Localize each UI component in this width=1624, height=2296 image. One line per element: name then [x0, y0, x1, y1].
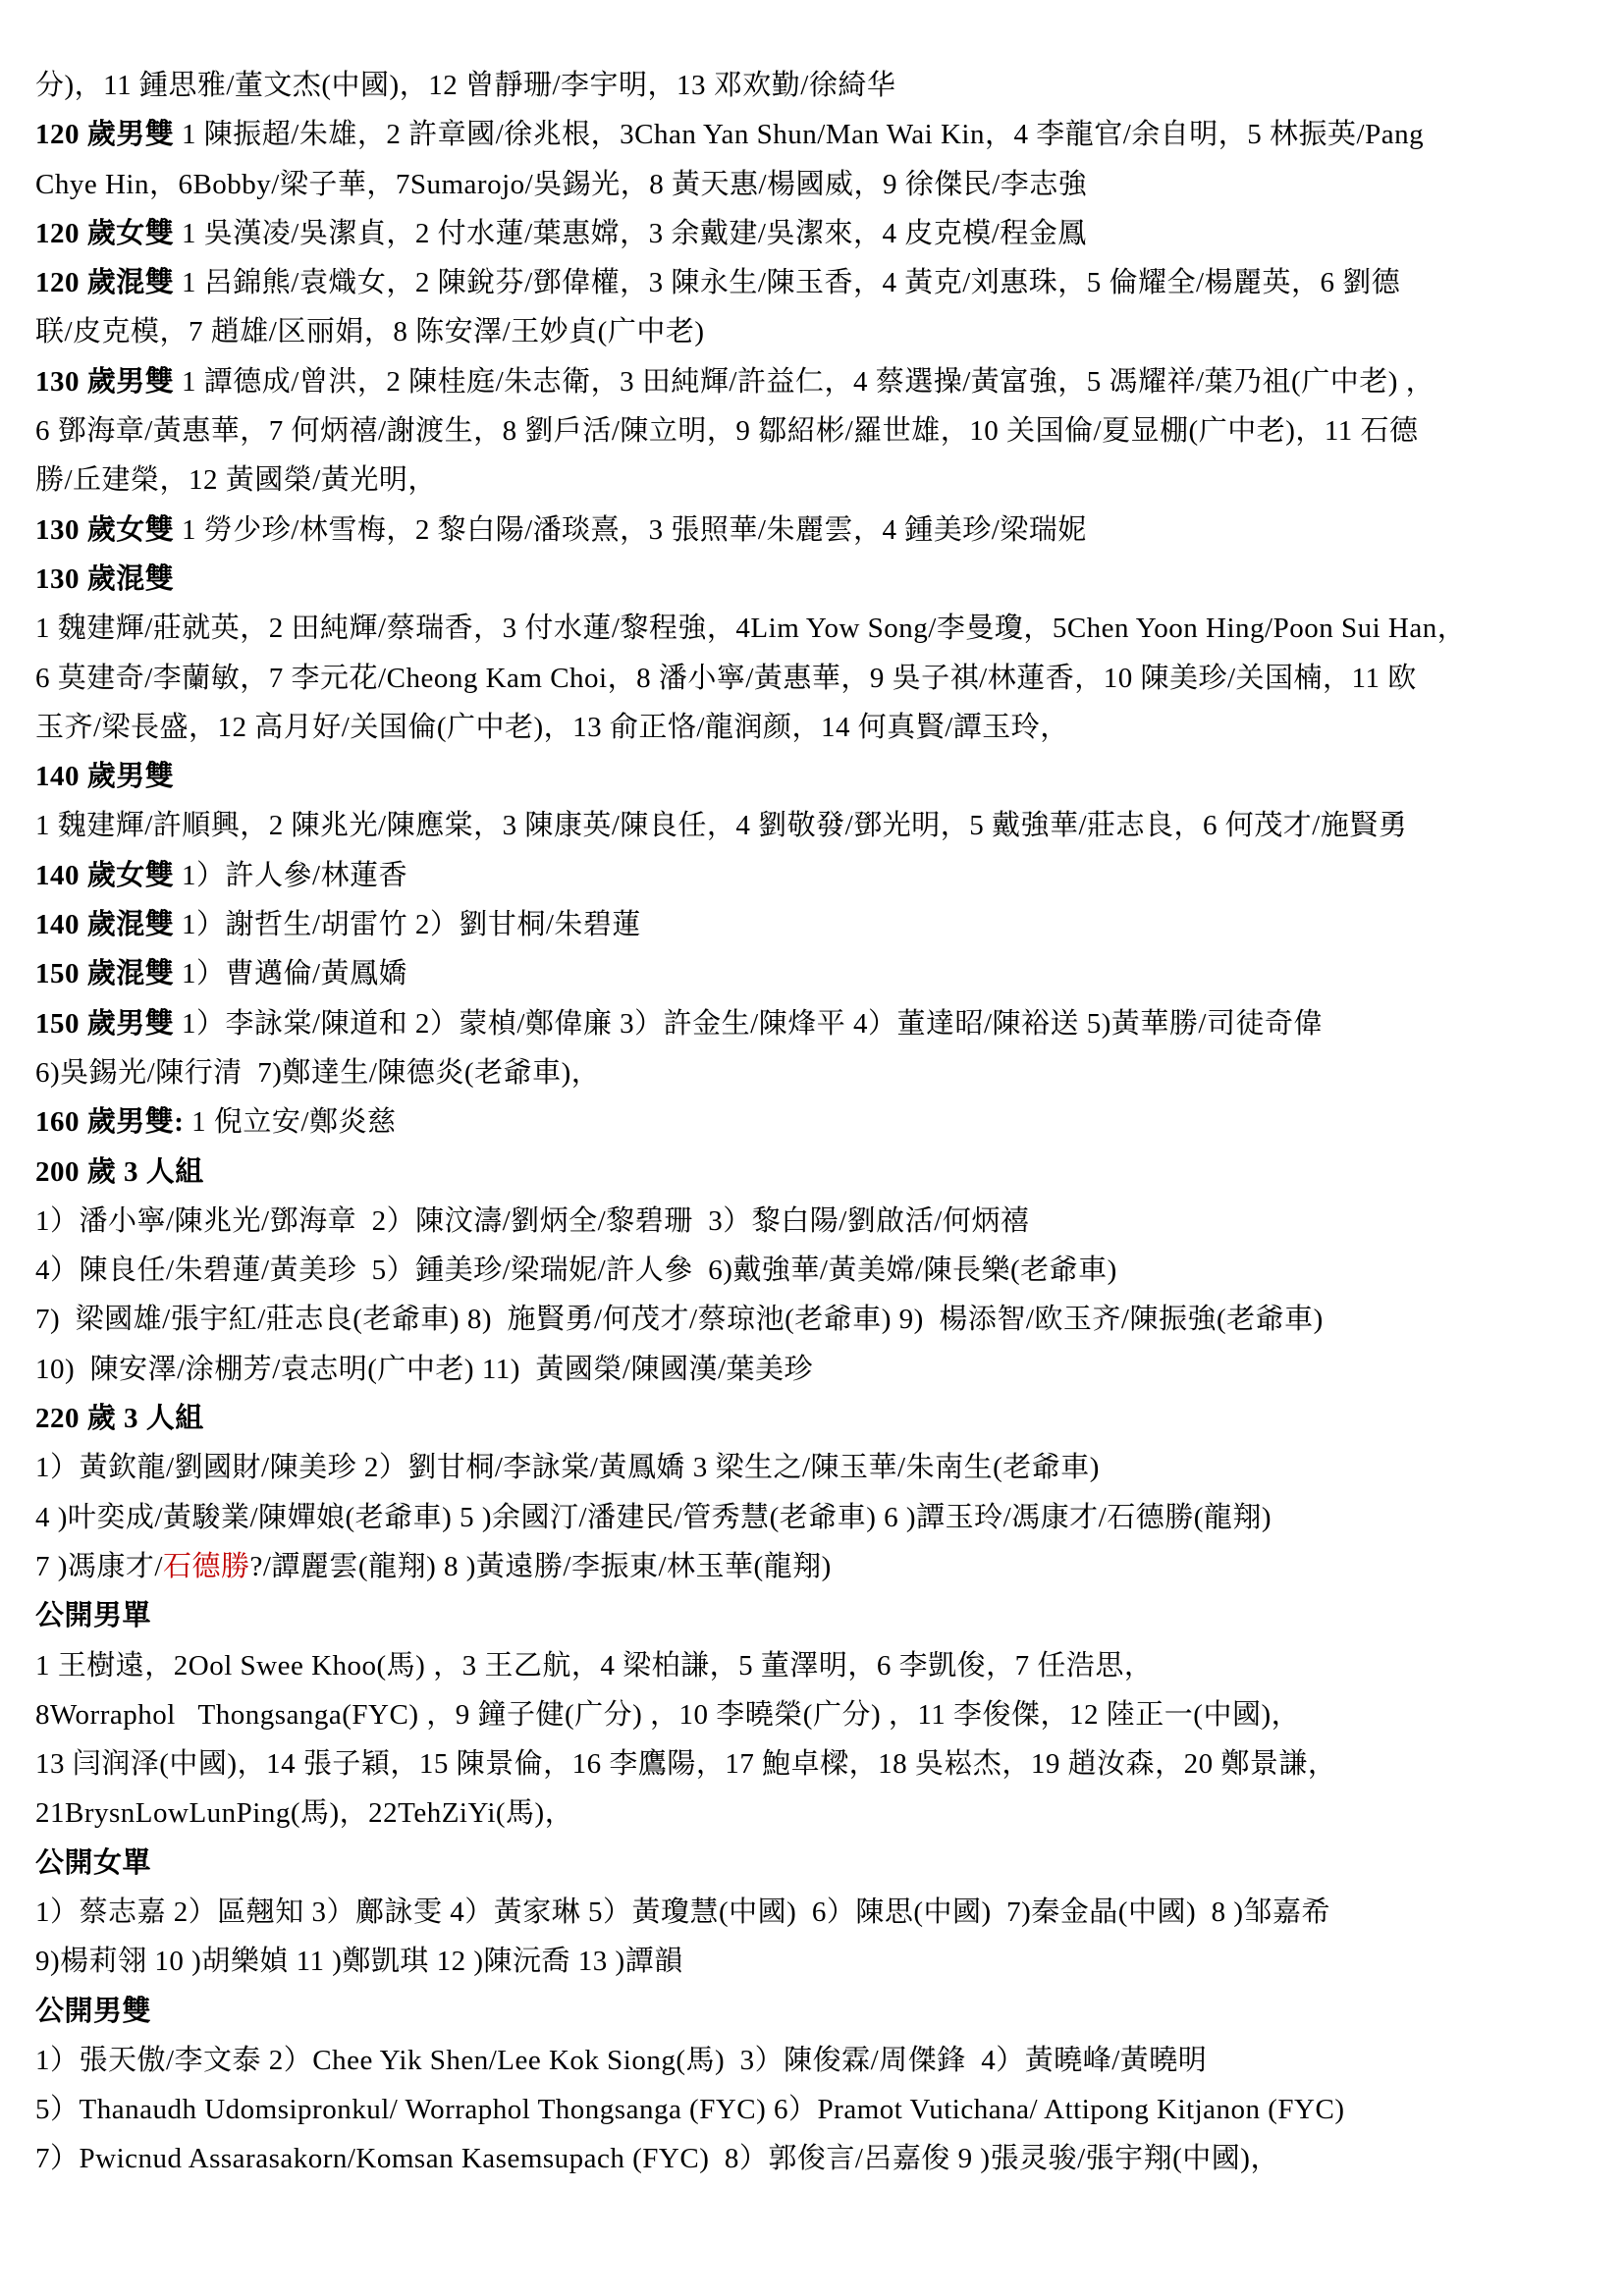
text-segment: 1 吳漢凌/吳潔貞，2 付水蓮/葉惠嫦，3 余戴建/吳潔來，4 皮克模/程金鳳 [174, 218, 1086, 249]
category-heading: 120 歲女雙 [35, 218, 174, 249]
text-segment: 7）Pwicnud Assarasakorn/Komsan Kasemsupac… [35, 2143, 1279, 2174]
text-line: 玉齐/梁長盛，12 高月好/关国倫(广中老)，13 俞正恪/龍润颜，14 何真賢… [35, 703, 1597, 752]
text-segment: ?/譚麗雲(龍翔) 8 )黃遠勝/李振東/林玉華(龍翔) [249, 1551, 831, 1582]
text-line: 勝/丘建榮，12 黃國榮/黃光明， [35, 455, 1597, 505]
text-segment: 玉齐/梁長盛，12 高月好/关国倫(广中老)，13 俞正恪/龍润颜，14 何真賢… [35, 712, 1069, 743]
text-segment: 7) 梁國雄/張宇紅/莊志良(老爺車) 8) 施賢勇/何茂才/蔡琼池(老爺車) … [35, 1304, 1324, 1335]
text-line: 160 歲男雙: 1 倪立安/鄭炎慈 [35, 1097, 1597, 1147]
text-line: 1）蔡志嘉 2）區翹知 3）鄺詠雯 4）黃家琳 5）黃瓊慧(中國) 6）陳思(中… [35, 1888, 1597, 1937]
text-segment: 4）陳良任/朱碧蓮/黃美珍 5）鍾美珍/梁瑞妮/許人參 6)戴強華/黃美嫦/陳長… [35, 1255, 1117, 1286]
category-heading: 公開女單 [35, 1847, 151, 1879]
text-segment: 1）蔡志嘉 2）區翹知 3）鄺詠雯 4）黃家琳 5）黃瓊慧(中國) 6）陳思(中… [35, 1896, 1330, 1928]
category-heading: 220 歲 3 人組 [35, 1403, 204, 1434]
text-line: 1）黃欽龍/劉國財/陳美珍 2）劉甘桐/李詠棠/黃鳳嬌 3 梁生之/陳玉華/朱南… [35, 1443, 1597, 1492]
text-line: 1 魏建輝/莊就英，2 田純輝/蔡瑞香，3 付水蓮/黎程強，4Lim Yow S… [35, 604, 1597, 653]
text-line: 5）Thanaudh Udomsipronkul/ Worraphol Thon… [35, 2085, 1597, 2134]
category-heading: 140 歲男雙 [35, 761, 174, 792]
text-line: 4 )叶奕成/黃駿業/陳嬋娘(老爺車) 5 )余國汀/潘建民/管秀慧(老爺車) … [35, 1493, 1597, 1542]
category-heading: 130 歲女雙 [35, 514, 174, 546]
category-heading: 140 歲混雙 [35, 909, 174, 940]
text-line: 13 闫润泽(中國)，14 張子穎，15 陳景倫，16 李鷹陽，17 鮑卓樑，1… [35, 1739, 1597, 1789]
text-segment: 6 鄧海章/黃惠華，7 何炳禧/謝渡生，8 劉戶活/陳立明，9 鄒紹彬/羅世雄，… [35, 415, 1419, 447]
text-line: 9)楊莉翎 10 )胡樂媜 11 )鄭凱琪 12 )陳沅喬 13 )譚韻 [35, 1937, 1597, 1986]
category-heading: 公開男雙 [35, 1996, 151, 2027]
category-heading: 130 歲混雙 [35, 563, 174, 595]
text-line: 140 歲混雙 1）謝哲生/胡雷竹 2）劉甘桐/朱碧蓮 [35, 900, 1597, 949]
text-segment: 7 )馮康才/ [35, 1551, 163, 1582]
text-line: 120 歲混雙 1 呂錦熊/袁熾女，2 陳銳芬/鄧偉權，3 陳永生/陳玉香，4 … [35, 258, 1597, 307]
text-segment: 1）黃欽龍/劉國財/陳美珍 2）劉甘桐/李詠棠/黃鳳嬌 3 梁生之/陳玉華/朱南… [35, 1452, 1100, 1483]
text-line: 1 魏建輝/許順興，2 陳兆光/陳應棠，3 陳康英/陳良任，4 劉敬發/鄧光明，… [35, 801, 1597, 850]
text-line: 1 王樹遠，2Ool Swee Khoo(馬) ，3 王乙航，4 梁柏謙，5 董… [35, 1641, 1597, 1690]
text-segment: 21BrysnLowLunPing(馬)，22TehZiYi(馬)， [35, 1797, 573, 1829]
text-line: 120 歲男雙 1 陳振超/朱雄，2 許章國/徐兆根，3Chan Yan Shu… [35, 110, 1597, 159]
text-segment: 1 倪立安/鄭炎慈 [184, 1106, 396, 1138]
text-segment: 分)，11 鍾思雅/董文杰(中國)，12 曾靜珊/李宇明，13 邓欢勤/徐綺华 [35, 70, 895, 101]
text-segment: 8Worraphol Thongsanga(FYC) ，9 鐘子健(广分) ，1… [35, 1699, 1300, 1731]
text-line: 140 歲女雙 1）許人參/林蓮香 [35, 851, 1597, 900]
text-segment: 1）張天傲/李文泰 2）Chee Yik Shen/Lee Kok Siong(… [35, 2045, 1207, 2076]
text-segment: 5）Thanaudh Udomsipronkul/ Worraphol Thon… [35, 2094, 1345, 2125]
text-segment: 1 譚德成/曾洪，2 陳桂庭/朱志衛，3 田純輝/許益仁，4 蔡選操/黃富強，5… [174, 366, 1435, 398]
text-segment: 1）謝哲生/胡雷竹 2）劉甘桐/朱碧蓮 [174, 909, 641, 940]
text-line: 6 莫建奇/李蘭敏，7 李元花/Cheong Kam Choi，8 潘小寧/黃惠… [35, 654, 1597, 703]
text-segment: 1 魏建輝/許順興，2 陳兆光/陳應棠，3 陳康英/陳良任，4 劉敬發/鄧光明，… [35, 810, 1407, 841]
text-line: 7）Pwicnud Assarasakorn/Komsan Kasemsupac… [35, 2134, 1597, 2183]
text-segment: 1 勞少珍/林雪梅，2 黎白陽/潘琰熹，3 張照華/朱麗雲，4 鍾美珍/梁瑞妮 [174, 514, 1086, 546]
category-heading: 150 歲男雙 [35, 1008, 174, 1040]
category-heading: 160 歲男雙: [35, 1106, 184, 1138]
document-body: 分)，11 鍾思雅/董文杰(中國)，12 曾靜珊/李宇明，13 邓欢勤/徐綺华1… [35, 61, 1597, 2184]
text-segment: 1）曹邁倫/黃鳳嬌 [174, 958, 407, 989]
text-line: 8Worraphol Thongsanga(FYC) ，9 鐘子健(广分) ，1… [35, 1690, 1597, 1739]
category-heading: 140 歲女雙 [35, 860, 174, 891]
document-page: 分)，11 鍾思雅/董文杰(中國)，12 曾靜珊/李宇明，13 邓欢勤/徐綺华1… [0, 0, 1624, 2296]
text-segment: 1 呂錦熊/袁熾女，2 陳銳芬/鄧偉權，3 陳永生/陳玉香，4 黃克/刘惠珠，5… [174, 267, 1400, 298]
text-line: 6 鄧海章/黃惠華，7 何炳禧/謝渡生，8 劉戶活/陳立明，9 鄒紹彬/羅世雄，… [35, 406, 1597, 455]
text-line: 公開男單 [35, 1591, 1597, 1640]
category-heading: 200 歲 3 人組 [35, 1156, 204, 1188]
text-line: 联/皮克模，7 趙雄/区丽娟，8 陈安澤/王妙貞(广中老) [35, 307, 1597, 356]
highlighted-name: 石德勝 [163, 1551, 250, 1582]
category-heading: 130 歲男雙 [35, 366, 174, 398]
text-line: 7 )馮康才/石德勝?/譚麗雲(龍翔) 8 )黃遠勝/李振東/林玉華(龍翔) [35, 1542, 1597, 1591]
text-segment: 13 闫润泽(中國)，14 張子穎，15 陳景倫，16 李鷹陽，17 鮑卓樑，1… [35, 1748, 1336, 1780]
category-heading: 120 歲男雙 [35, 119, 174, 150]
text-segment: 1）潘小寧/陳兆光/鄧海章 2）陳汶濤/劉炳全/黎碧珊 3）黎白陽/劉啟活/何炳… [35, 1205, 1029, 1237]
category-heading: 120 歲混雙 [35, 267, 174, 298]
text-line: 130 歲女雙 1 勞少珍/林雪梅，2 黎白陽/潘琰熹，3 張照華/朱麗雲，4 … [35, 506, 1597, 555]
text-line: 130 歲男雙 1 譚德成/曾洪，2 陳桂庭/朱志衛，3 田純輝/許益仁，4 蔡… [35, 357, 1597, 406]
text-segment: Chye Hin，6Bobby/梁子華，7Sumarojo/吳錫光，8 黃天惠/… [35, 169, 1087, 200]
text-line: 150 歲混雙 1）曹邁倫/黃鳳嬌 [35, 949, 1597, 998]
text-line: 1）張天傲/李文泰 2）Chee Yik Shen/Lee Kok Siong(… [35, 2036, 1597, 2085]
text-segment: 1）李詠棠/陳道和 2）蒙楨/鄭偉廉 3）許金生/陳烽平 4）董達昭/陳裕送 5… [174, 1008, 1323, 1040]
text-line: 220 歲 3 人組 [35, 1394, 1597, 1443]
category-heading: 150 歲混雙 [35, 958, 174, 989]
text-line: 140 歲男雙 [35, 752, 1597, 801]
text-line: Chye Hin，6Bobby/梁子華，7Sumarojo/吳錫光，8 黃天惠/… [35, 160, 1597, 209]
text-line: 200 歲 3 人組 [35, 1148, 1597, 1197]
text-segment: 1 魏建輝/莊就英，2 田純輝/蔡瑞香，3 付水蓮/黎程強，4Lim Yow S… [35, 613, 1466, 644]
text-line: 公開女單 [35, 1839, 1597, 1888]
text-line: 7) 梁國雄/張宇紅/莊志良(老爺車) 8) 施賢勇/何茂才/蔡琼池(老爺車) … [35, 1295, 1597, 1344]
text-line: 1）潘小寧/陳兆光/鄧海章 2）陳汶濤/劉炳全/黎碧珊 3）黎白陽/劉啟活/何炳… [35, 1197, 1597, 1246]
text-line: 21BrysnLowLunPing(馬)，22TehZiYi(馬)， [35, 1789, 1597, 1838]
category-heading: 公開男單 [35, 1600, 151, 1631]
text-line: 公開男雙 [35, 1987, 1597, 2036]
text-line: 分)，11 鍾思雅/董文杰(中國)，12 曾靜珊/李宇明，13 邓欢勤/徐綺华 [35, 61, 1597, 110]
text-segment: 6 莫建奇/李蘭敏，7 李元花/Cheong Kam Choi，8 潘小寧/黃惠… [35, 663, 1417, 694]
text-segment: 勝/丘建榮，12 黃國榮/黃光明， [35, 464, 437, 496]
text-segment: 6)吳錫光/陳行清 7)鄭達生/陳德炎(老爺車)， [35, 1057, 600, 1089]
text-line: 150 歲男雙 1）李詠棠/陳道和 2）蒙楨/鄭偉廉 3）許金生/陳烽平 4）董… [35, 999, 1597, 1048]
text-line: 130 歲混雙 [35, 555, 1597, 604]
text-segment: 1 陳振超/朱雄，2 許章國/徐兆根，3Chan Yan Shun/Man Wa… [174, 119, 1424, 150]
text-segment: 1 王樹遠，2Ool Swee Khoo(馬) ，3 王乙航，4 梁柏謙，5 董… [35, 1650, 1153, 1682]
text-segment: 4 )叶奕成/黃駿業/陳嬋娘(老爺車) 5 )余國汀/潘建民/管秀慧(老爺車) … [35, 1502, 1272, 1533]
text-line: 4）陳良任/朱碧蓮/黃美珍 5）鍾美珍/梁瑞妮/許人參 6)戴強華/黃美嫦/陳長… [35, 1246, 1597, 1295]
text-segment: 1）許人參/林蓮香 [174, 860, 407, 891]
text-line: 10) 陳安澤/涂棚芳/袁志明(广中老) 11) 黃國榮/陳國漢/葉美珍 [35, 1345, 1597, 1394]
text-segment: 联/皮克模，7 趙雄/区丽娟，8 陈安澤/王妙貞(广中老) [35, 316, 705, 347]
text-line: 6)吳錫光/陳行清 7)鄭達生/陳德炎(老爺車)， [35, 1048, 1597, 1097]
text-line: 120 歲女雙 1 吳漢凌/吳潔貞，2 付水蓮/葉惠嫦，3 余戴建/吳潔來，4 … [35, 209, 1597, 258]
text-segment: 10) 陳安澤/涂棚芳/袁志明(广中老) 11) 黃國榮/陳國漢/葉美珍 [35, 1354, 813, 1385]
text-segment: 9)楊莉翎 10 )胡樂媜 11 )鄭凱琪 12 )陳沅喬 13 )譚韻 [35, 1946, 683, 1977]
